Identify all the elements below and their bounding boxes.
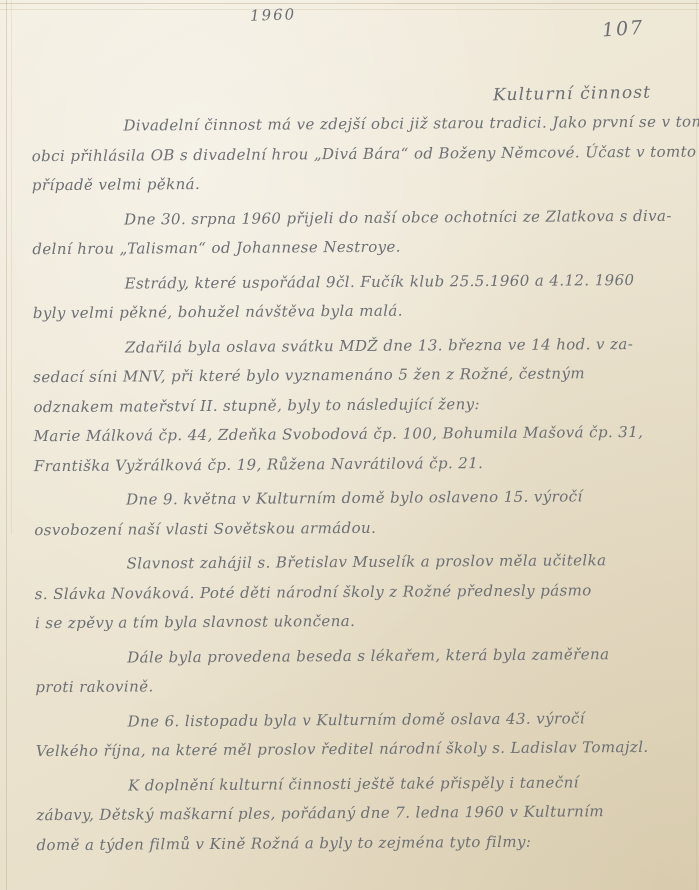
text-line: delní hrou „Talisman“ od Johannese Nestr…: [32, 231, 657, 265]
text-line: Estrády, které uspořádal 9čl. Fučík klub…: [32, 265, 657, 299]
text-line: Dne 30. srpna 1960 přijeli do naší obce …: [32, 201, 657, 235]
paragraph-velky-rijen: Dne 6. listopadu byla v Kulturním domě o…: [36, 703, 661, 766]
paragraph-estrady: Estrády, které uspořádal 9čl. Fučík klub…: [32, 265, 657, 328]
text-line: Dne 6. listopadu byla v Kulturním domě o…: [36, 703, 661, 737]
scan-edge-top-inner: [0, 9, 699, 10]
text-line: Slavnost zahájil s. Břetislav Muselík a …: [34, 546, 659, 580]
year-header: 1960: [250, 5, 297, 25]
text-line: K doplnění kulturní činnosti ještě také …: [36, 767, 661, 801]
text-line: proti rakovině.: [35, 669, 660, 703]
scan-edge-top: [0, 3, 699, 4]
text-line: Františka Vyžrálková čp. 19, Růžena Navr…: [34, 447, 659, 481]
paragraph-beseda: Dále byla provedena beseda s lékařem, kt…: [35, 639, 660, 702]
text-line: i se zpěvy a tím byla slavnost ukončena.: [35, 605, 660, 639]
text-line: odznakem mateřství II. stupně, byly to n…: [33, 388, 658, 422]
text-line: Dne 9. května v Kulturním domě bylo osla…: [34, 482, 659, 516]
text-line: osvobození naší vlasti Sovětskou armádou…: [34, 511, 659, 545]
scanned-chronicle-page: 1960 107 Kulturní činnost Divadelní činn…: [0, 0, 699, 890]
section-heading: Kulturní činnost: [493, 83, 652, 106]
scan-edge-left-inner: [11, 0, 12, 534]
scan-edge-left: [6, 0, 7, 890]
page-number: 107: [601, 17, 645, 42]
text-line: Velkého října, na které měl proslov ředi…: [36, 733, 661, 767]
text-line: byly velmi pěkné, bohužel návštěva byla …: [33, 295, 658, 329]
text-line: obci přihlásila OB s divadelní hrou „Div…: [32, 137, 657, 171]
text-line: domě a týden filmů v Kině Rožná a byly t…: [36, 826, 661, 860]
text-line: případě velmi pěkná.: [32, 167, 657, 201]
paragraph-talisman: Dne 30. srpna 1960 přijeli do naší obce …: [32, 201, 657, 264]
paragraph-slavnost: Slavnost zahájil s. Břetislav Muselík a …: [34, 546, 660, 639]
paragraph-vyroci-osvobozeni: Dne 9. května v Kulturním domě bylo osla…: [34, 482, 659, 545]
manuscript-body: Divadelní činnost má ve zdejší obci již …: [31, 108, 661, 865]
paragraph-zabavy: K doplnění kulturní činnosti ještě také …: [36, 767, 662, 860]
paragraph-mdz: Zdařilá byla oslava svátku MDŽ dne 13. b…: [33, 329, 659, 481]
text-line: zábavy, Dětský maškarní ples, pořádaný d…: [36, 797, 661, 831]
text-line: Marie Málková čp. 44, Zdeňka Svobodová č…: [34, 418, 659, 452]
text-line: Divadelní činnost má ve zdejší obci již …: [31, 108, 656, 142]
paragraph-theatre: Divadelní činnost má ve zdejší obci již …: [31, 108, 657, 201]
text-line: s. Slávka Nováková. Poté děti národní šk…: [35, 575, 660, 609]
text-line: sedací síni MNV, při které bylo vyznamen…: [33, 359, 658, 393]
text-line: Dále byla provedena beseda s lékařem, kt…: [35, 639, 660, 673]
text-line: Zdařilá byla oslava svátku MDŽ dne 13. b…: [33, 329, 658, 363]
